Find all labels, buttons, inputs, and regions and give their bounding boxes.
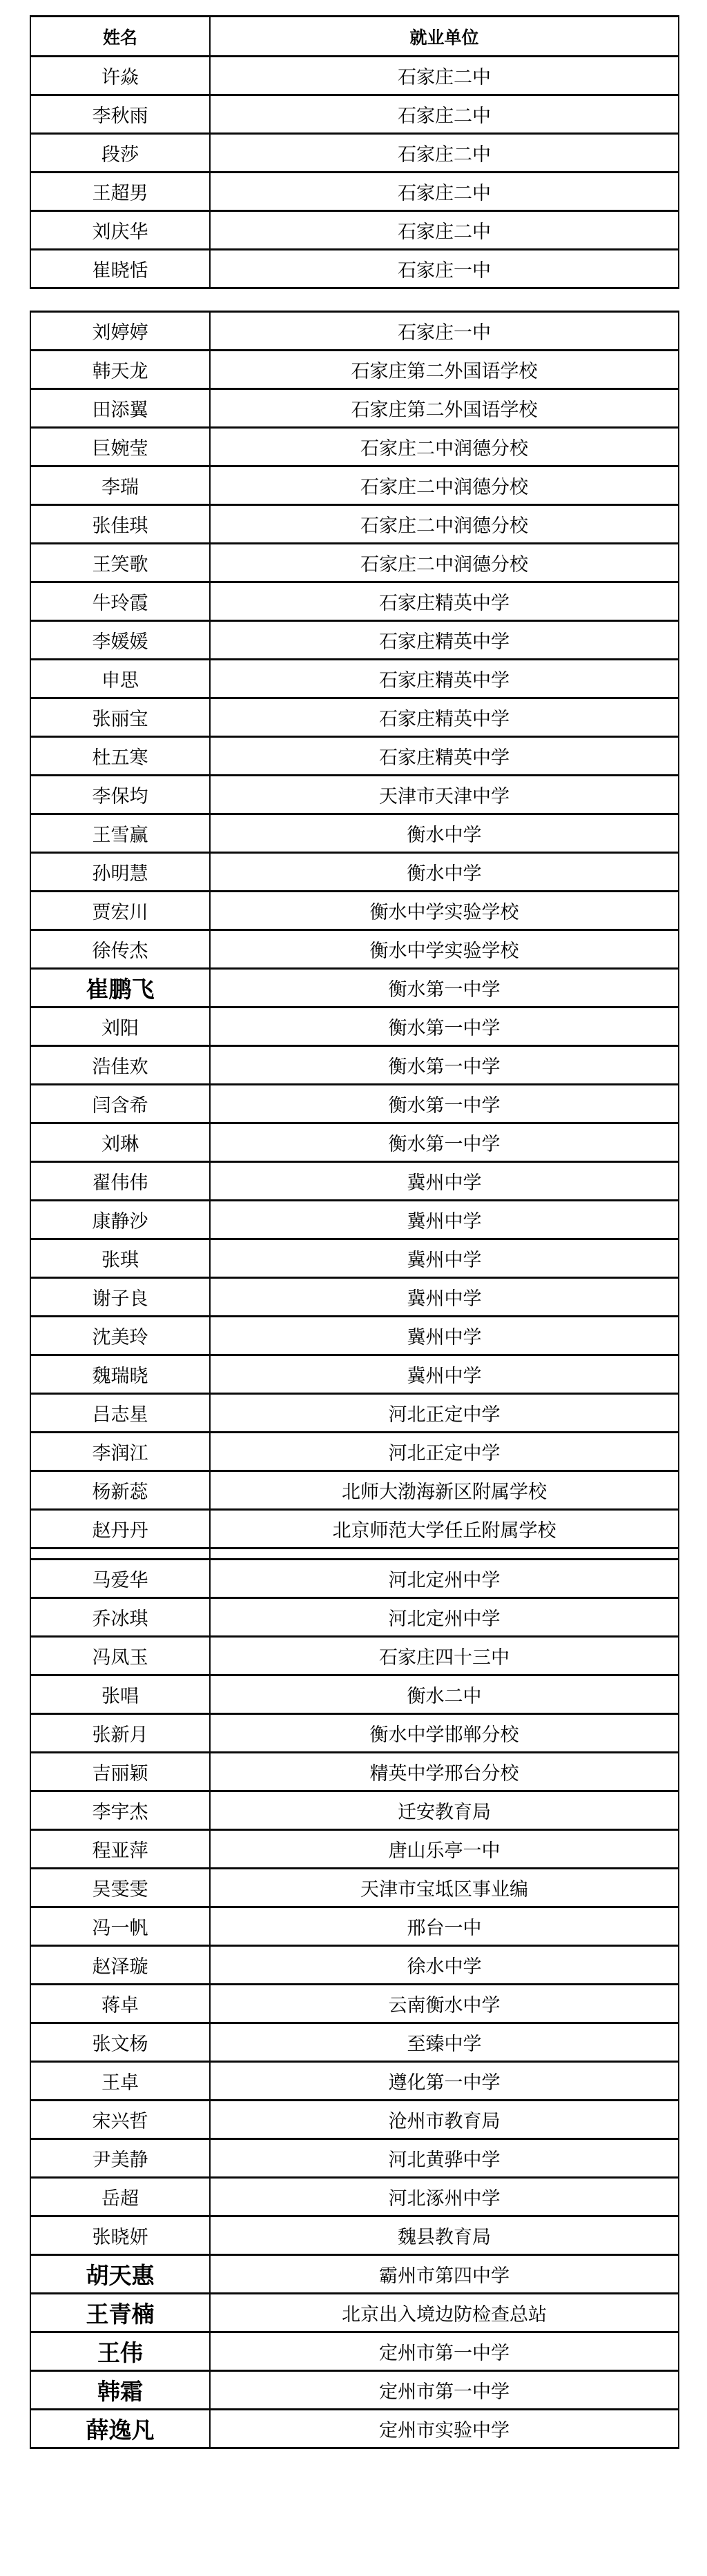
name-cell: 冯凤玉: [30, 1637, 210, 1675]
name-cell: 张佳琪: [30, 505, 210, 544]
unit-cell: 北京师范大学任丘附属学校: [210, 1510, 679, 1548]
unit-cell: 邢台一中: [210, 1907, 679, 1946]
name-cell: 岳超: [30, 2178, 210, 2216]
table-row: 李瑞石家庄二中润德分校: [30, 466, 679, 505]
empty-row: [30, 1548, 679, 1560]
name-cell: 张琪: [30, 1239, 210, 1278]
unit-cell: 魏县教育局: [210, 2216, 679, 2255]
table-row: 张唱衡水二中: [30, 1675, 679, 1714]
table-row: 王伟定州市第一中学: [30, 2332, 679, 2371]
name-cell: 杨新蕊: [30, 1471, 210, 1510]
table-row: 巨婉莹石家庄二中润德分校: [30, 428, 679, 466]
name-cell: 李媛媛: [30, 621, 210, 660]
name-cell: 牛玲霞: [30, 582, 210, 621]
name-cell: 贾宏川: [30, 892, 210, 930]
name-cell: 韩天龙: [30, 351, 210, 389]
table-row: 李媛媛石家庄精英中学: [30, 621, 679, 660]
name-cell: 王青楠: [30, 2294, 210, 2332]
table-row: 刘婷婷石家庄一中: [30, 312, 679, 351]
unit-cell: 河北涿州中学: [210, 2178, 679, 2216]
table-row: 冯凤玉石家庄四十三中: [30, 1637, 679, 1675]
name-cell: 翟伟伟: [30, 1162, 210, 1201]
table-row: 张晓妍魏县教育局: [30, 2216, 679, 2255]
unit-cell: 精英中学邢台分校: [210, 1753, 679, 1791]
table-row: 宋兴哲沧州市教育局: [30, 2101, 679, 2139]
unit-cell: 石家庄二中: [210, 134, 679, 173]
name-cell: 张丽宝: [30, 698, 210, 737]
unit-cell: 衡水二中: [210, 1675, 679, 1714]
name-cell: 魏瑞晓: [30, 1355, 210, 1394]
table-row: 沈美玲冀州中学: [30, 1317, 679, 1355]
table-row: 崔鹏飞衡水第一中学: [30, 969, 679, 1007]
unit-cell: 石家庄二中润德分校: [210, 505, 679, 544]
unit-cell: 衡水中学邯郸分校: [210, 1714, 679, 1753]
table-row: 王卓遵化第一中学: [30, 2062, 679, 2101]
name-cell: 赵丹丹: [30, 1510, 210, 1548]
table-row: 岳超河北涿州中学: [30, 2178, 679, 2216]
unit-cell: 霸州市第四中学: [210, 2255, 679, 2294]
unit-cell: 天津市天津中学: [210, 776, 679, 814]
table-row: 张新月衡水中学邯郸分校: [30, 1714, 679, 1753]
name-cell: 宋兴哲: [30, 2101, 210, 2139]
table-row: 许焱石家庄二中: [30, 57, 679, 95]
name-cell: 赵泽璇: [30, 1946, 210, 1985]
name-cell: 马爱华: [30, 1560, 210, 1598]
name-cell: 薛逸凡: [30, 2410, 210, 2448]
table-row: 王雪赢衡水中学: [30, 814, 679, 853]
name-cell: 胡天惠: [30, 2255, 210, 2294]
table-row: 魏瑞晓冀州中学: [30, 1355, 679, 1394]
name-cell: 徐传杰: [30, 930, 210, 969]
name-cell: 段莎: [30, 134, 210, 173]
unit-cell: 冀州中学: [210, 1162, 679, 1201]
unit-cell: 石家庄二中润德分校: [210, 544, 679, 582]
unit-cell: 衡水中学实验学校: [210, 930, 679, 969]
unit-cell: 衡水中学: [210, 814, 679, 853]
unit-cell: 衡水中学: [210, 853, 679, 892]
name-cell: 乔冰琪: [30, 1598, 210, 1637]
table-row: 杜五寒石家庄精英中学: [30, 737, 679, 776]
name-cell: 申思: [30, 660, 210, 698]
table-row: 蒋卓云南衡水中学: [30, 1985, 679, 2023]
name-cell: 尹美静: [30, 2139, 210, 2178]
table-row: 韩霜定州市第一中学: [30, 2371, 679, 2410]
unit-cell: 石家庄精英中学: [210, 582, 679, 621]
name-cell: 浩佳欢: [30, 1046, 210, 1085]
unit-cell: 定州市实验中学: [210, 2410, 679, 2448]
name-cell: 谢子良: [30, 1278, 210, 1317]
table-row: 尹美静河北黄骅中学: [30, 2139, 679, 2178]
unit-cell: 冀州中学: [210, 1355, 679, 1394]
unit-cell: 石家庄一中: [210, 250, 679, 288]
table-row: 冯一帆邢台一中: [30, 1907, 679, 1946]
table-row: 薛逸凡定州市实验中学: [30, 2410, 679, 2448]
unit-cell: 冀州中学: [210, 1239, 679, 1278]
unit-cell: 石家庄精英中学: [210, 698, 679, 737]
table-row: 李润江河北正定中学: [30, 1433, 679, 1471]
table-row: 王笑歌石家庄二中润德分校: [30, 544, 679, 582]
unit-cell: 迁安教育局: [210, 1791, 679, 1830]
table-row: 赵丹丹北京师范大学任丘附属学校: [30, 1510, 679, 1548]
name-cell: 张唱: [30, 1675, 210, 1714]
name-cell: 蒋卓: [30, 1985, 210, 2023]
unit-cell: 冀州中学: [210, 1317, 679, 1355]
table-row: 胡天惠霸州市第四中学: [30, 2255, 679, 2294]
table-row: 李宇杰迁安教育局: [30, 1791, 679, 1830]
table-row: 段莎石家庄二中: [30, 134, 679, 173]
name-cell: 张文杨: [30, 2023, 210, 2062]
unit-cell: 河北正定中学: [210, 1433, 679, 1471]
unit-cell: 河北正定中学: [210, 1394, 679, 1433]
name-cell: 巨婉莹: [30, 428, 210, 466]
unit-cell: 衡水中学实验学校: [210, 892, 679, 930]
name-cell: 杜五寒: [30, 737, 210, 776]
name-cell: 崔晓恬: [30, 250, 210, 288]
unit-cell: 石家庄二中润德分校: [210, 466, 679, 505]
unit-cell: 河北定州中学: [210, 1598, 679, 1637]
table-row: 张琪冀州中学: [30, 1239, 679, 1278]
unit-cell: 北京出入境边防检查总站: [210, 2294, 679, 2332]
unit-cell: 唐山乐亭一中: [210, 1830, 679, 1869]
employment-table-top: 姓名 就业单位 许焱石家庄二中李秋雨石家庄二中段莎石家庄二中王超男石家庄二中刘庆…: [30, 15, 679, 289]
table-row: 马爱华河北定州中学: [30, 1560, 679, 1598]
unit-cell: 石家庄精英中学: [210, 737, 679, 776]
header-row: 姓名 就业单位: [30, 17, 679, 57]
unit-cell: 衡水第一中学: [210, 1007, 679, 1046]
unit-cell: 冀州中学: [210, 1201, 679, 1239]
name-cell: 冯一帆: [30, 1907, 210, 1946]
name-cell: 李瑞: [30, 466, 210, 505]
name-cell: 李润江: [30, 1433, 210, 1471]
table-row: 田添翼石家庄第二外国语学校: [30, 389, 679, 428]
unit-cell: 冀州中学: [210, 1278, 679, 1317]
table-row: 韩天龙石家庄第二外国语学校: [30, 351, 679, 389]
table-row: 刘阳衡水第一中学: [30, 1007, 679, 1046]
table-row: 浩佳欢衡水第一中学: [30, 1046, 679, 1085]
unit-cell: 衡水第一中学: [210, 1123, 679, 1162]
name-cell: 许焱: [30, 57, 210, 95]
table-row: 王超男石家庄二中: [30, 173, 679, 211]
unit-cell: 石家庄一中: [210, 312, 679, 351]
name-cell: 吴雯雯: [30, 1869, 210, 1907]
unit-cell: 衡水第一中学: [210, 1085, 679, 1123]
name-cell: 王卓: [30, 2062, 210, 2101]
table-row: 乔冰琪河北定州中学: [30, 1598, 679, 1637]
unit-cell: 石家庄二中: [210, 95, 679, 134]
table-row: 闫含希衡水第一中学: [30, 1085, 679, 1123]
unit-cell: 石家庄精英中学: [210, 660, 679, 698]
name-cell: 李秋雨: [30, 95, 210, 134]
unit-cell: 沧州市教育局: [210, 2101, 679, 2139]
name-cell: 刘庆华: [30, 211, 210, 250]
unit-cell: 河北黄骅中学: [210, 2139, 679, 2178]
name-cell: 吕志星: [30, 1394, 210, 1433]
unit-cell: 石家庄第二外国语学校: [210, 351, 679, 389]
table-row: 张佳琪石家庄二中润德分校: [30, 505, 679, 544]
unit-cell: 遵化第一中学: [210, 2062, 679, 2101]
unit-cell: 北师大渤海新区附属学校: [210, 1471, 679, 1510]
table-row: 王青楠北京出入境边防检查总站: [30, 2294, 679, 2332]
name-cell: 刘阳: [30, 1007, 210, 1046]
unit-cell: 定州市第一中学: [210, 2332, 679, 2371]
unit-cell: 石家庄第二外国语学校: [210, 389, 679, 428]
name-cell: 闫含希: [30, 1085, 210, 1123]
unit-cell: 定州市第一中学: [210, 2371, 679, 2410]
unit-cell: 徐水中学: [210, 1946, 679, 1985]
table-row: 申思石家庄精英中学: [30, 660, 679, 698]
name-cell: 李宇杰: [30, 1791, 210, 1830]
unit-cell: 石家庄二中: [210, 211, 679, 250]
table-row: 李秋雨石家庄二中: [30, 95, 679, 134]
unit-cell: 云南衡水中学: [210, 1985, 679, 2023]
table-row: 吕志星河北正定中学: [30, 1394, 679, 1433]
table-row: 杨新蕊北师大渤海新区附属学校: [30, 1471, 679, 1510]
column-header-unit: 就业单位: [210, 17, 679, 57]
table-row: 贾宏川衡水中学实验学校: [30, 892, 679, 930]
unit-cell: 石家庄二中: [210, 57, 679, 95]
table-row: 崔晓恬石家庄一中: [30, 250, 679, 288]
table-row: 吉丽颖精英中学邢台分校: [30, 1753, 679, 1791]
name-cell: 王笑歌: [30, 544, 210, 582]
table-row: 李保均天津市天津中学: [30, 776, 679, 814]
unit-cell: 天津市宝坻区事业编: [210, 1869, 679, 1907]
name-cell: 张晓妍: [30, 2216, 210, 2255]
unit-cell: 石家庄二中: [210, 173, 679, 211]
name-cell: 王伟: [30, 2332, 210, 2371]
name-cell: 康静沙: [30, 1201, 210, 1239]
table-row: 牛玲霞石家庄精英中学: [30, 582, 679, 621]
name-cell: 刘琳: [30, 1123, 210, 1162]
unit-cell: 衡水第一中学: [210, 1046, 679, 1085]
unit-cell: 至臻中学: [210, 2023, 679, 2062]
table-row: 翟伟伟冀州中学: [30, 1162, 679, 1201]
unit-cell: 石家庄四十三中: [210, 1637, 679, 1675]
table-row: 刘庆华石家庄二中: [30, 211, 679, 250]
table-row: 吴雯雯天津市宝坻区事业编: [30, 1869, 679, 1907]
table-gap: [30, 289, 707, 311]
unit-cell: 石家庄精英中学: [210, 621, 679, 660]
name-cell: 王雪赢: [30, 814, 210, 853]
name-cell: 孙明慧: [30, 853, 210, 892]
table-row: 张丽宝石家庄精英中学: [30, 698, 679, 737]
unit-cell: 河北定州中学: [210, 1560, 679, 1598]
name-cell: 程亚萍: [30, 1830, 210, 1869]
name-cell: 崔鹏飞: [30, 969, 210, 1007]
table-row: 徐传杰衡水中学实验学校: [30, 930, 679, 969]
table-row: 程亚萍唐山乐亭一中: [30, 1830, 679, 1869]
unit-cell: 石家庄二中润德分校: [210, 428, 679, 466]
name-cell: 李保均: [30, 776, 210, 814]
name-cell: 沈美玲: [30, 1317, 210, 1355]
employment-table-bottom: 刘婷婷石家庄一中韩天龙石家庄第二外国语学校田添翼石家庄第二外国语学校巨婉莹石家庄…: [30, 311, 679, 2449]
name-cell: 韩霜: [30, 2371, 210, 2410]
name-cell: 张新月: [30, 1714, 210, 1753]
name-cell: 刘婷婷: [30, 312, 210, 351]
table-row: 康静沙冀州中学: [30, 1201, 679, 1239]
table-row: 赵泽璇徐水中学: [30, 1946, 679, 1985]
table-row: 刘琳衡水第一中学: [30, 1123, 679, 1162]
name-cell: [30, 1548, 210, 1560]
page: 姓名 就业单位 许焱石家庄二中李秋雨石家庄二中段莎石家庄二中王超男石家庄二中刘庆…: [0, 0, 707, 2449]
table-row: 谢子良冀州中学: [30, 1278, 679, 1317]
table-row: 孙明慧衡水中学: [30, 853, 679, 892]
table-row: 张文杨至臻中学: [30, 2023, 679, 2062]
name-cell: 田添翼: [30, 389, 210, 428]
unit-cell: [210, 1548, 679, 1560]
column-header-name: 姓名: [30, 17, 210, 57]
name-cell: 吉丽颖: [30, 1753, 210, 1791]
name-cell: 王超男: [30, 173, 210, 211]
unit-cell: 衡水第一中学: [210, 969, 679, 1007]
